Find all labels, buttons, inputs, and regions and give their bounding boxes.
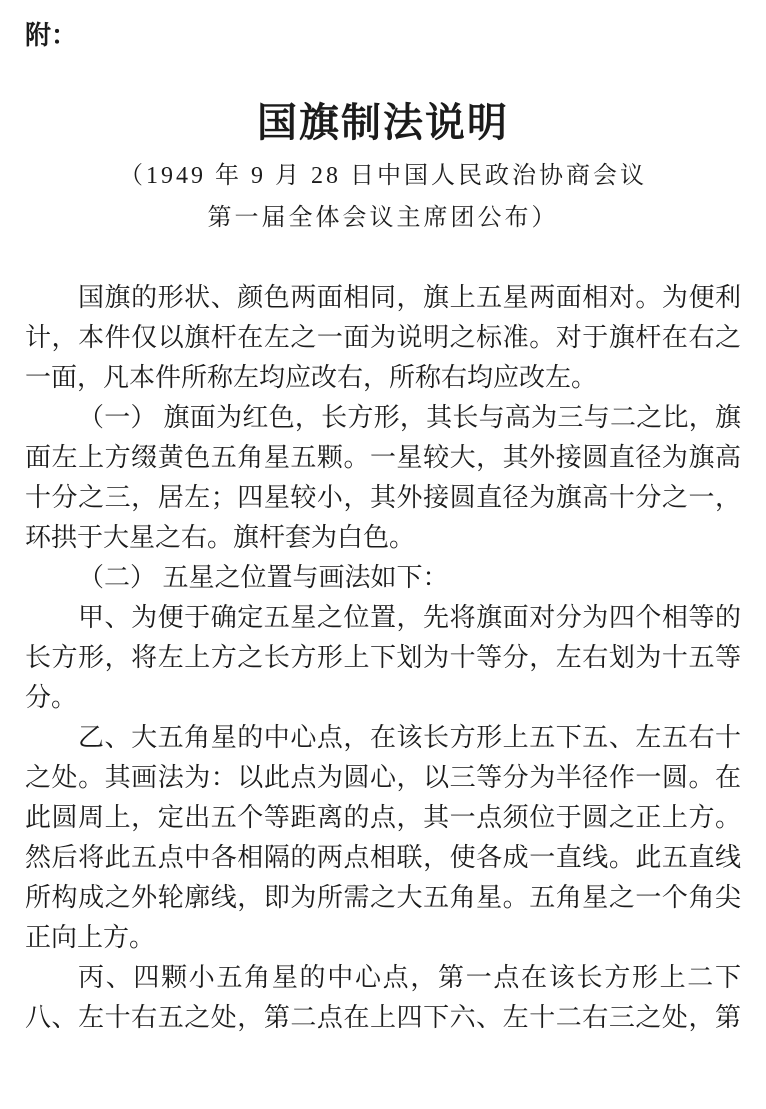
document-body: 国旗的形状、颜色两面相同，旗上五星两面相对。为便利计，本件仅以旗杆在左之一面为说…: [25, 278, 741, 1038]
document-page: 附： 国旗制法说明 （1949 年 9 月 28 日中国人民政治协商会议第一届全…: [0, 0, 766, 1109]
text-line: 然后将此五点中各相隔的两点相联，使各成一直线。此五直线: [25, 838, 741, 878]
text-line: 八、左十右五之处，第二点在上四下六、左十二右三之处，第: [25, 998, 741, 1038]
document-title: 国旗制法说明: [25, 99, 741, 147]
text-line: 甲、为便于确定五星之位置，先将旗面对分为四个相等的: [25, 598, 741, 638]
text-line: 乙、大五角星的中心点，在该长方形上五下五、左五右十: [25, 718, 741, 758]
paragraph: 丙、四颗小五角星的中心点，第一点在该长方形上二下八、左十右五之处，第二点在上四下…: [25, 958, 741, 1038]
paragraph: 甲、为便于确定五星之位置，先将旗面对分为四个相等的长方形，将左上方之长方形上下划…: [25, 598, 741, 718]
paragraph: （一） 旗面为红色，长方形，其长与高为三与二之比，旗面左上方缀黄色五角星五颗。一…: [25, 398, 741, 558]
text-line: 长方形，将左上方之长方形上下划为十等分，左右划为十五等: [25, 638, 741, 678]
text-line: 之处。其画法为：以此点为圆心，以三等分为半径作一圆。在: [25, 758, 741, 798]
text-line: 正向上方。: [25, 918, 741, 958]
text-line: 环拱于大星之右。旗杆套为白色。: [25, 518, 741, 558]
attachment-label: 附：: [25, 18, 741, 52]
document-subtitle: （1949 年 9 月 28 日中国人民政治协商会议第一届全体会议主席团公布）: [25, 155, 741, 239]
text-line: 面左上方缀黄色五角星五颗。一星较大，其外接圆直径为旗高: [25, 438, 741, 478]
paragraph: （二） 五星之位置与画法如下：: [25, 558, 741, 598]
text-line: 一面，凡本件所称左均应改右，所称右均应改左。: [25, 358, 741, 398]
text-line: 国旗的形状、颜色两面相同，旗上五星两面相对。为便利: [25, 278, 741, 318]
paragraph: 国旗的形状、颜色两面相同，旗上五星两面相对。为便利计，本件仅以旗杆在左之一面为说…: [25, 278, 741, 398]
text-line: 所构成之外轮廓线，即为所需之大五角星。五角星之一个角尖: [25, 878, 741, 918]
text-line: 丙、四颗小五角星的中心点，第一点在该长方形上二下: [25, 958, 741, 998]
text-line: 分。: [25, 678, 741, 718]
text-line: （二） 五星之位置与画法如下：: [25, 558, 741, 598]
text-line: （一） 旗面为红色，长方形，其长与高为三与二之比，旗: [25, 398, 741, 438]
text-line: 此圆周上，定出五个等距离的点，其一点须位于圆之正上方。: [25, 798, 741, 838]
subtitle-line: 第一届全体会议主席团公布）: [25, 197, 741, 239]
text-line: 计，本件仅以旗杆在左之一面为说明之标准。对于旗杆在右之: [25, 318, 741, 358]
text-line: 十分之三，居左；四星较小，其外接圆直径为旗高十分之一，: [25, 478, 741, 518]
paragraph: 乙、大五角星的中心点，在该长方形上五下五、左五右十之处。其画法为：以此点为圆心，…: [25, 718, 741, 958]
subtitle-line: （1949 年 9 月 28 日中国人民政治协商会议: [25, 155, 741, 197]
